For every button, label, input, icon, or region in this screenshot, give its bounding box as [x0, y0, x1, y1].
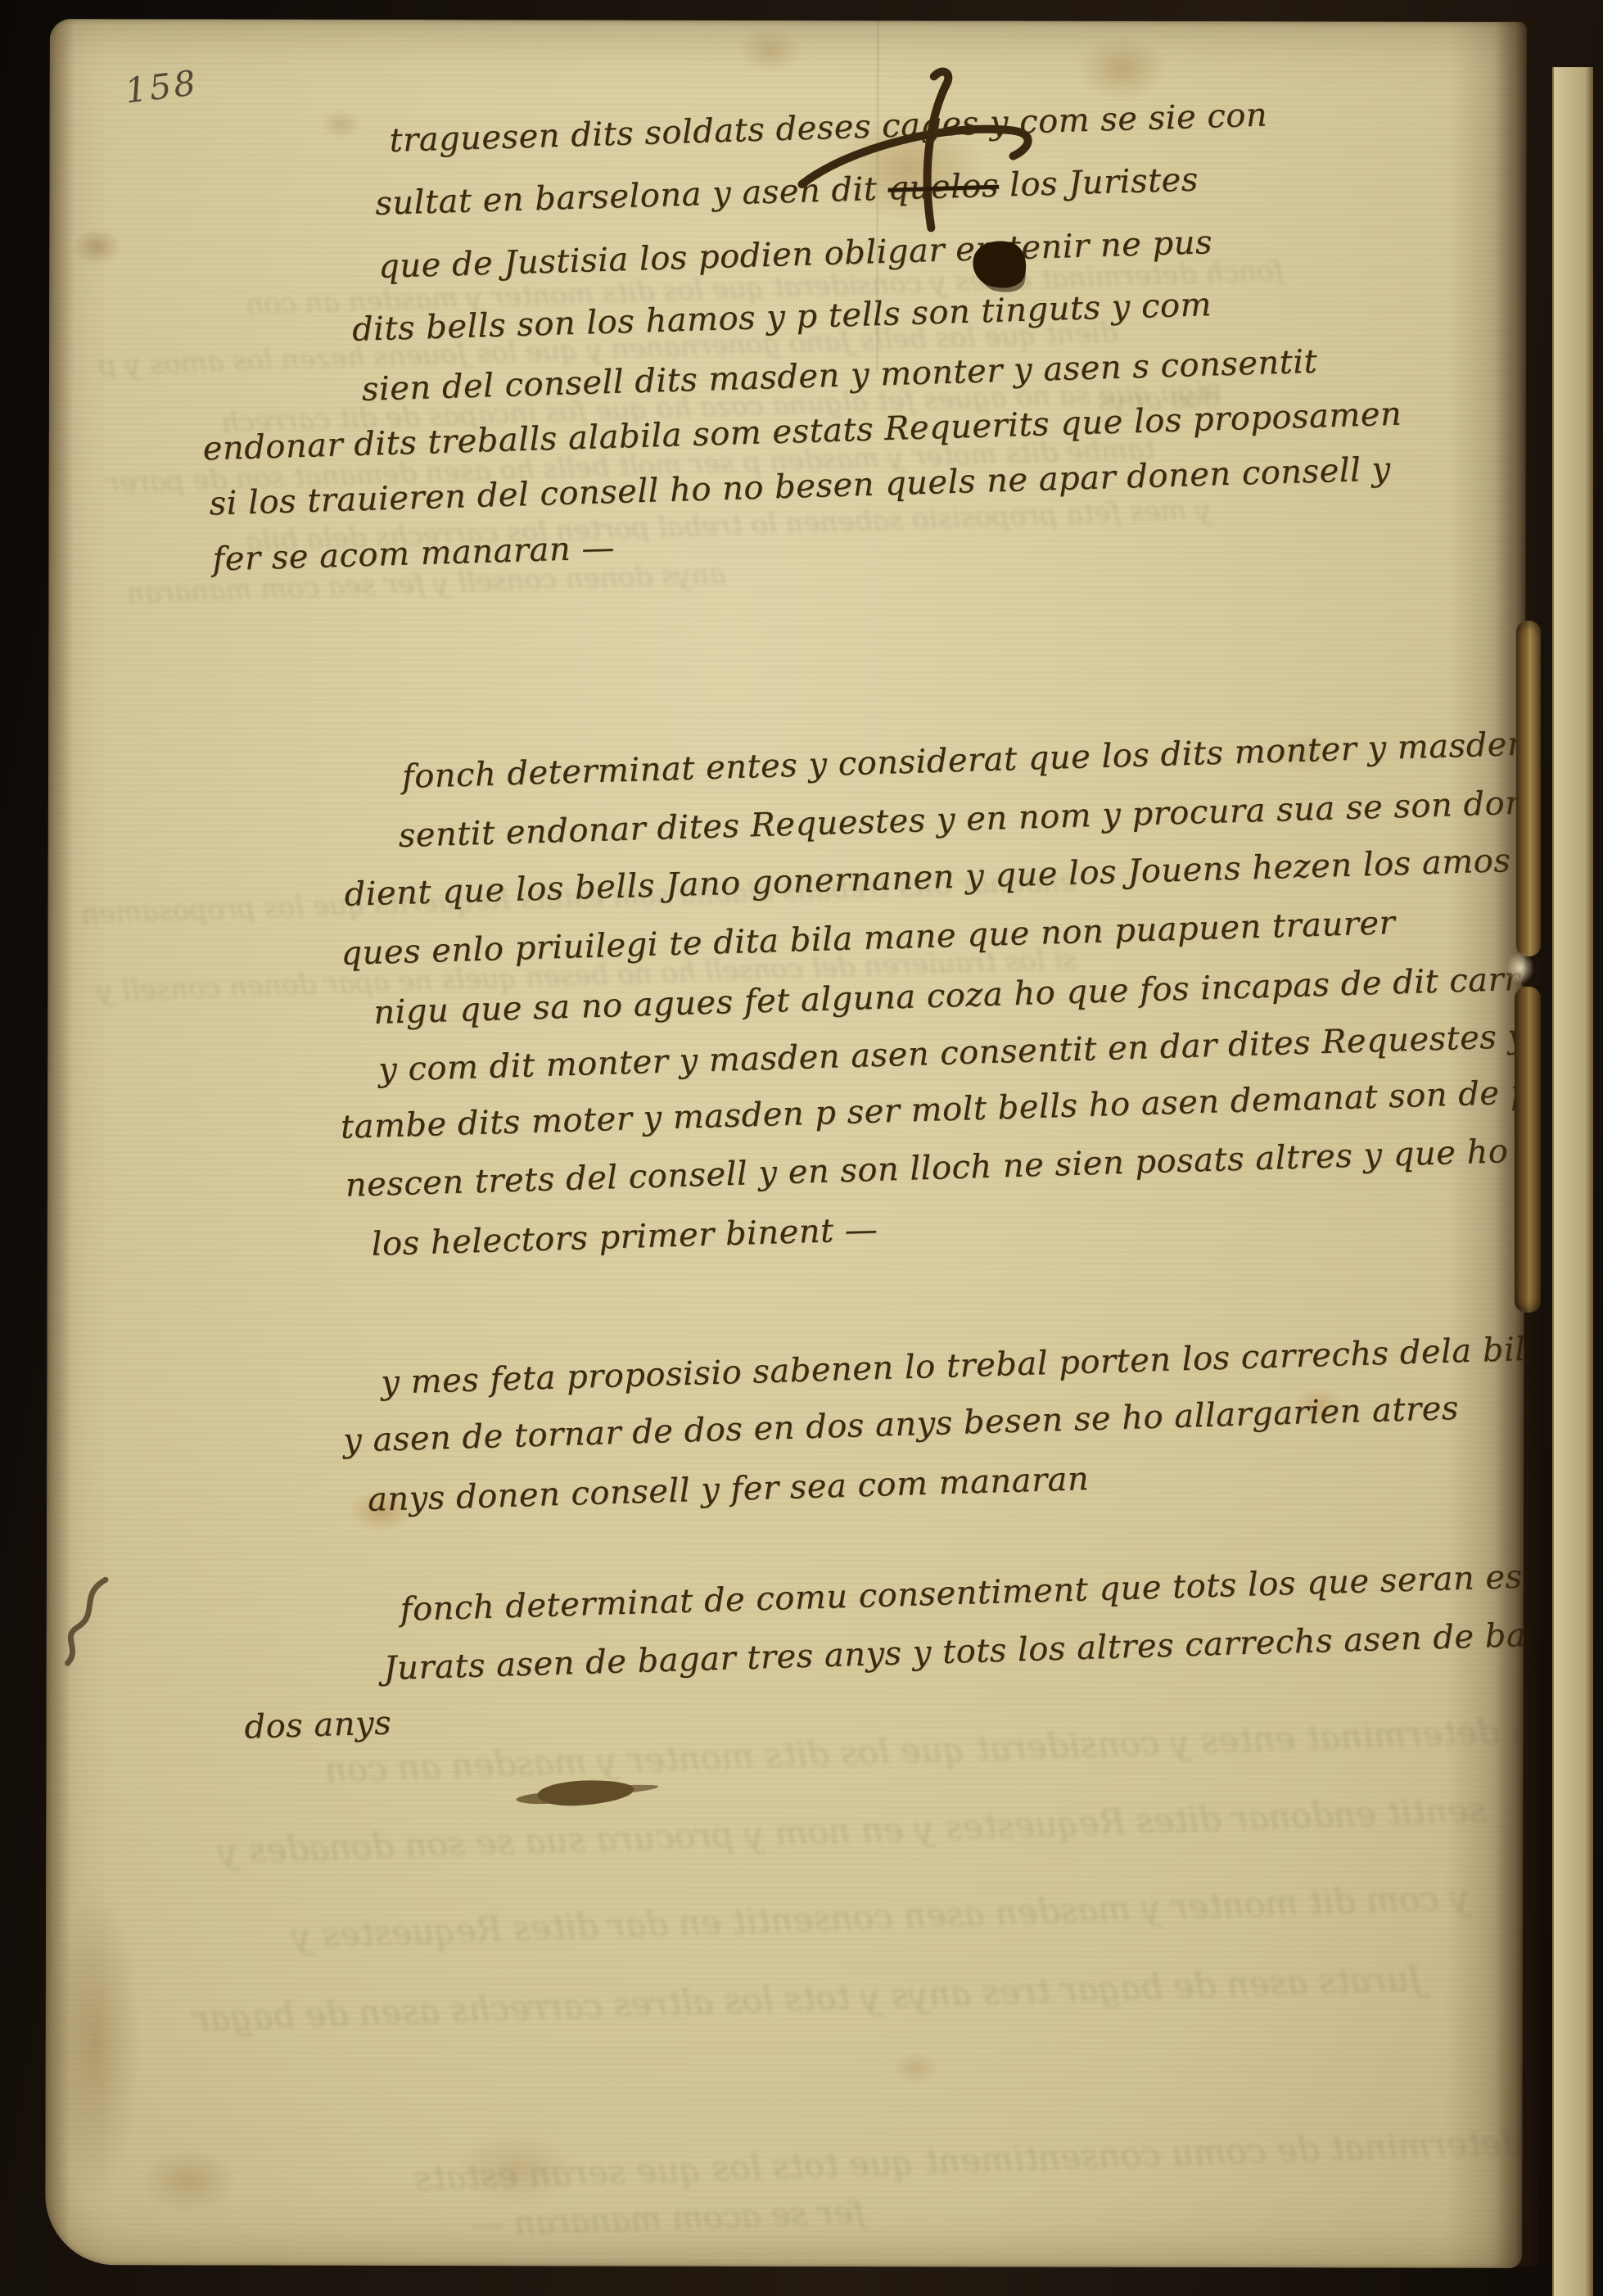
binding-cord	[1515, 987, 1541, 1313]
manuscript-page: fonch determinat entes y considerat que …	[45, 19, 1527, 2268]
margin-mark	[52, 1573, 125, 1671]
paragraph-3: fonch determinat de comu consentiment qu…	[45, 19, 1527, 2268]
facing-page-edge	[1552, 67, 1593, 2296]
binding-thread	[1506, 951, 1534, 984]
binding-cord	[1516, 621, 1541, 956]
margin-scribble-svg	[52, 1573, 125, 1671]
manuscript-scan: fonch determinat entes y considerat que …	[0, 0, 1603, 2296]
manuscript-line: dos anys	[244, 1706, 392, 1743]
manuscript-line: Jurats asen de bagar tres anys y tots lo…	[383, 1617, 1527, 1685]
manuscript-text: traguesen dits soldats deses cages y com…	[45, 19, 1527, 2268]
manuscript-line: fonch determinat de comu consentiment qu…	[400, 1559, 1527, 1626]
